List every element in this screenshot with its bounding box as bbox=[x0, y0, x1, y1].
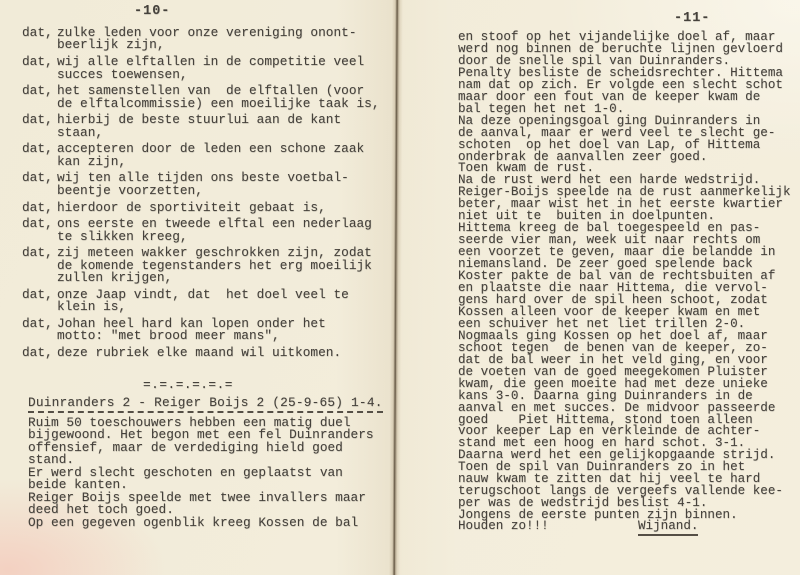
dat-list-item: dat, hierdoor de sportiviteit gebaat is, bbox=[22, 202, 392, 214]
closing-exclamation: Houden zo!!! bbox=[458, 519, 549, 533]
dat-list-item: dat, hierbij de beste stuurlui aan de ka… bbox=[22, 114, 392, 139]
dat-item-label: dat, bbox=[22, 218, 57, 243]
dat-item-label: dat, bbox=[22, 172, 57, 197]
author-signature: Wijnand. bbox=[638, 521, 698, 536]
dat-list-item: dat, wij ten alle tijden ons beste voetb… bbox=[22, 172, 392, 197]
dat-item-label: dat, bbox=[22, 289, 57, 314]
dat-item-text: accepteren door de leden een schone zaak… bbox=[57, 143, 364, 168]
dat-item-label: dat, bbox=[22, 143, 57, 168]
dat-item-label: dat, bbox=[22, 202, 57, 214]
dat-list-item: dat, zulke leden voor onze vereniging on… bbox=[22, 27, 392, 52]
dat-item-text: deze rubriek elke maand wil uitkomen. bbox=[57, 347, 341, 359]
dat-item-label: dat, bbox=[22, 85, 57, 110]
dat-list-item: dat, accepteren door de leden een schone… bbox=[22, 143, 392, 168]
dat-item-label: dat, bbox=[22, 247, 57, 284]
dat-item-label: dat, bbox=[22, 114, 57, 139]
dat-item-text: Johan heel hard kan lopen onder het mott… bbox=[57, 318, 326, 343]
section-separator: =.=.=.=.=.= bbox=[143, 377, 233, 392]
match-report-body-right: en stoof op het vijandelijke doel af, ma… bbox=[458, 32, 800, 522]
dat-list-item: dat, het samenstellen van de elftallen (… bbox=[22, 85, 392, 110]
dat-item-text: het samenstellen van de elftallen (voor … bbox=[57, 85, 380, 110]
dat-list-item: dat, deze rubriek elke maand wil uitkome… bbox=[22, 347, 392, 359]
dat-item-label: dat, bbox=[22, 27, 57, 52]
dat-item-label: dat, bbox=[22, 56, 57, 81]
dat-item-text: hierdoor de sportiviteit gebaat is, bbox=[57, 202, 326, 214]
page-number-10: -10- bbox=[134, 4, 170, 19]
dat-list-item: dat, zij meteen wakker geschrokken zijn,… bbox=[22, 247, 392, 284]
dat-list-item: dat, Johan heel hard kan lopen onder het… bbox=[22, 318, 392, 343]
dat-item-text: hierbij de beste stuurlui aan de kant st… bbox=[57, 114, 341, 139]
dat-statement-list: dat, zulke leden voor onze vereniging on… bbox=[22, 27, 392, 364]
dat-item-text: ons eerste en tweede elftal een nederlaa… bbox=[57, 218, 372, 243]
dat-item-label: dat, bbox=[22, 318, 57, 343]
closing-line: Houden zo!!! Wijnand. bbox=[458, 521, 800, 533]
page-number-11: -11- bbox=[674, 11, 710, 26]
dat-list-item: dat, wij alle elftallen in de competitie… bbox=[22, 56, 392, 81]
dat-item-text: wij alle elftallen in de competitie veel… bbox=[57, 56, 364, 81]
match-report-body-left: Ruim 50 toeschouwers hebben een matig du… bbox=[28, 417, 380, 529]
dat-item-text: wij ten alle tijden ons beste voetbal- b… bbox=[57, 172, 349, 197]
match-report-title: Duinranders 2 - Reiger Boijs 2 (25-9-65)… bbox=[28, 395, 383, 413]
dat-item-text: onze Jaap vindt, dat het doel veel te kl… bbox=[57, 289, 349, 314]
dat-item-label: dat, bbox=[22, 347, 57, 359]
dat-list-item: dat, onze Jaap vindt, dat het doel veel … bbox=[22, 289, 392, 314]
dat-item-text: zulke leden voor onze vereniging onont- … bbox=[57, 27, 357, 52]
dat-list-item: dat, ons eerste en tweede elftal een ned… bbox=[22, 218, 392, 243]
dat-item-text: zij meteen wakker geschrokken zijn, zoda… bbox=[57, 247, 372, 284]
